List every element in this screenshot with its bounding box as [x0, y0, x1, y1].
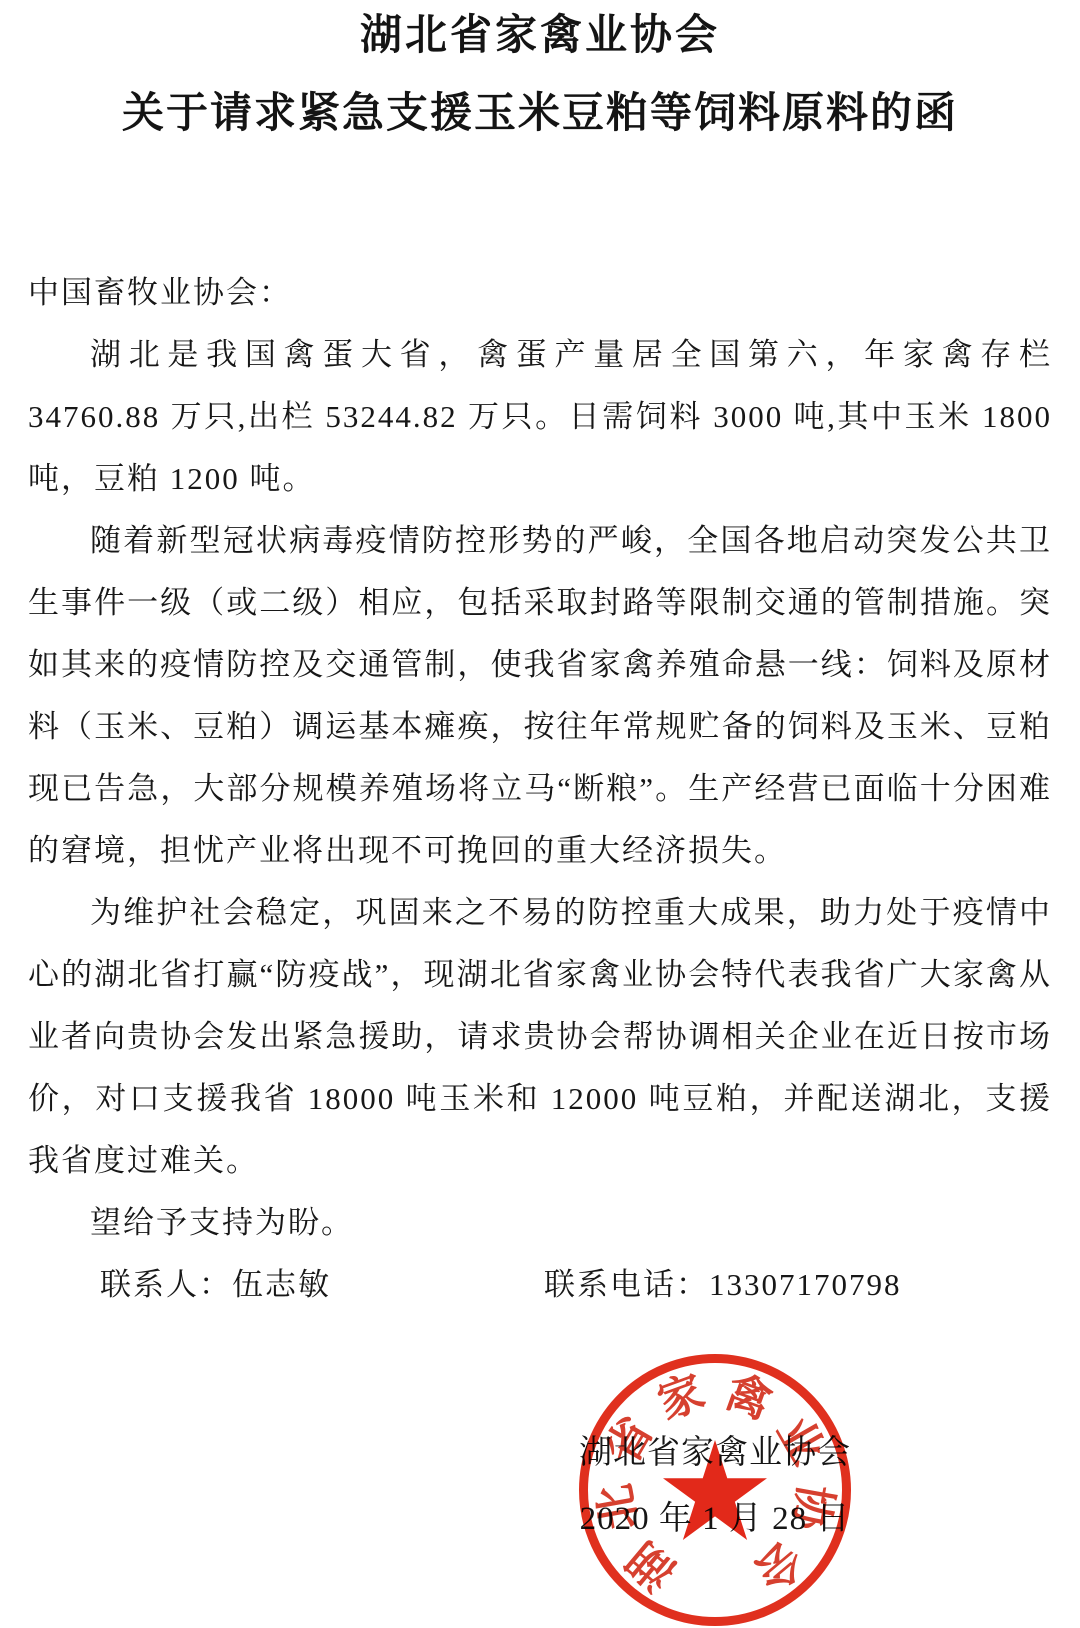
signature-org: 湖北省家禽业协会 [480, 1434, 950, 1472]
contact-person-name: 伍志敏 [232, 1267, 331, 1302]
document-page: 湖北省家禽业协会 关于请求紧急支援玉米豆粕等饲料原料的函 中国畜牧业协会： 湖北… [0, 0, 1080, 1628]
contact-phone-label: 联系电话： [544, 1267, 709, 1302]
signature-block: 湖北省家禽业协会 2020 年 1 月 28 日 [480, 1434, 950, 1538]
seal-ring-char: 家 [653, 1369, 711, 1427]
document-subject-title: 关于请求紧急支援玉米豆粕等饲料原料的函 [28, 88, 1052, 140]
paragraph-request: 为维护社会稳定，巩固来之不易的防控重大成果，助力处于疫情中心的湖北省打赢“防疫战… [28, 882, 1052, 1192]
paragraph-overview: 湖北是我国禽蛋大省，禽蛋产量居全国第六，年家禽存栏 34760.88 万只,出栏… [28, 324, 1052, 510]
contact-person: 联系人：伍志敏 [100, 1254, 544, 1316]
signature-date: 2020 年 1 月 28 日 [480, 1500, 950, 1538]
contact-row: 联系人：伍志敏 联系电话：13307170798 [28, 1254, 1052, 1316]
paragraph-situation: 随着新型冠状病毒疫情防控形势的严峻，全国各地启动突发公共卫生事件一级（或二级）相… [28, 510, 1052, 882]
document-org-title: 湖北省家禽业协会 [28, 10, 1052, 62]
seal-ring-char: 禽 [720, 1369, 778, 1427]
closing-line: 望给予支持为盼。 [28, 1192, 1052, 1254]
contact-person-label: 联系人： [100, 1267, 232, 1302]
seal-ring-char: 湖 [620, 1533, 683, 1596]
contact-phone-number: 13307170798 [709, 1267, 902, 1302]
contact-phone: 联系电话：13307170798 [544, 1254, 902, 1316]
document-body: 中国畜牧业协会： 湖北是我国禽蛋大省，禽蛋产量居全国第六，年家禽存栏 34760… [28, 262, 1052, 1316]
seal-ring-char: 会 [746, 1533, 809, 1596]
addressee-line: 中国畜牧业协会： [28, 262, 1052, 324]
